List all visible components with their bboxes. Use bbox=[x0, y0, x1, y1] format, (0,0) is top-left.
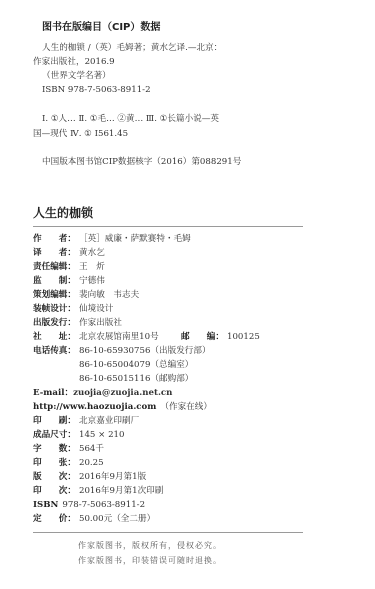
cip-library-record: 中国版本图书馆CIP数据核字（2016）第088291号 bbox=[42, 156, 241, 169]
postcode-value: 100125 bbox=[227, 331, 260, 344]
cip-line-publisher: 作家出版社，2016.9 bbox=[33, 56, 115, 69]
book-title: 人生的枷锁 bbox=[33, 204, 93, 221]
detail-label: 定 价： bbox=[33, 513, 79, 526]
detail-value: 145 × 210 bbox=[79, 429, 124, 442]
detail-row-author: 作 者：［英］威廉・萨默赛特・毛姆 bbox=[33, 233, 191, 246]
detail-value: 978-7-5063-8911-2 bbox=[62, 499, 145, 512]
detail-value: 86-10-65930756（出版发行部） bbox=[79, 345, 211, 358]
detail-value: 北京嘉业印刷厂 bbox=[79, 415, 139, 428]
postcode-label: 邮 编： bbox=[181, 331, 227, 344]
detail-row-planning-editor: 策划编辑：裴向敏 韦志夫 bbox=[33, 289, 139, 302]
detail-row-isbn: ISBN978-7-5063-8911-2 bbox=[33, 499, 145, 512]
detail-label: 字 数： bbox=[33, 443, 79, 456]
detail-row-translator: 译 者：黄水乞 bbox=[33, 247, 105, 260]
detail-value: ［英］威廉・萨默赛特・毛姆 bbox=[79, 233, 191, 246]
detail-row-printing: 印 次：2016年9月第1次印刷 bbox=[33, 485, 163, 498]
detail-row-supervisor: 监 制：宁德伟 bbox=[33, 275, 105, 288]
detail-value: 20.25 bbox=[79, 457, 104, 470]
detail-row-phone: 电话传真：86-10-65930756（出版发行部） bbox=[33, 345, 211, 358]
detail-value: 2016年9月第1次印刷 bbox=[79, 485, 163, 498]
detail-label: 监 制： bbox=[33, 275, 79, 288]
detail-label: ISBN bbox=[33, 499, 58, 512]
cip-heading: 图书在版编目（CIP）数据 bbox=[42, 18, 160, 33]
copyright-notice: 作家版图书，版权所有，侵权必究。 bbox=[78, 540, 222, 551]
detail-label: 译 者： bbox=[33, 247, 79, 260]
detail-row-phone-3: 86-10-65015116（邮购部） bbox=[33, 373, 193, 386]
detail-label: E-mail： bbox=[33, 387, 73, 400]
detail-value: 86-10-65004079（总编室） bbox=[79, 359, 193, 372]
detail-row-address: 社 址：北京农展馆南里10号邮 编：100125 bbox=[33, 331, 260, 344]
cip-line-isbn: ISBN 978-7-5063-8911-2 bbox=[42, 84, 151, 97]
website-link[interactable]: http://www.haozuojia.com bbox=[33, 401, 156, 414]
detail-value: （作家在线） bbox=[160, 401, 212, 414]
detail-value: 作家出版社 bbox=[79, 317, 122, 330]
detail-value: 2016年9月第1版 bbox=[79, 471, 146, 484]
cip-line-series: （世界文学名著） bbox=[42, 70, 111, 83]
detail-value: 王 炘 bbox=[79, 261, 105, 274]
detail-label: 装帧设计： bbox=[33, 303, 79, 316]
notice-divider bbox=[33, 532, 303, 533]
detail-label: 出版发行： bbox=[33, 317, 79, 330]
detail-label: 印 张： bbox=[33, 457, 79, 470]
detail-value: 北京农展馆南里10号 bbox=[79, 331, 181, 344]
detail-label: 责任编辑： bbox=[33, 261, 79, 274]
detail-label: 策划编辑： bbox=[33, 289, 79, 302]
detail-label: 成品尺寸： bbox=[33, 429, 79, 442]
detail-value: 仙境设计 bbox=[79, 303, 113, 316]
detail-row-printer: 印 刷：北京嘉业印刷厂 bbox=[33, 415, 139, 428]
title-divider bbox=[33, 226, 303, 227]
detail-label: 印 刷： bbox=[33, 415, 79, 428]
detail-label: 印 次： bbox=[33, 485, 79, 498]
detail-row-publisher: 出版发行：作家出版社 bbox=[33, 317, 122, 330]
detail-row-website: http://www.haozuojia.com（作家在线） bbox=[33, 401, 212, 414]
detail-value: 50.00元（全二册） bbox=[79, 513, 155, 526]
detail-row-word-count: 字 数：564千 bbox=[33, 443, 104, 456]
detail-value: 黄水乞 bbox=[79, 247, 105, 260]
detail-row-design: 装帧设计：仙境设计 bbox=[33, 303, 113, 316]
detail-label: 电话传真： bbox=[33, 345, 79, 358]
cip-classification-line-2: 国—现代 Ⅳ. ① I561.45 bbox=[33, 128, 128, 141]
cip-classification-line-1: Ⅰ. ①人… Ⅱ. ①毛… ②黄… Ⅲ. ①长篇小说—英 bbox=[42, 113, 219, 126]
detail-row-phone-2: 86-10-65004079（总编室） bbox=[33, 359, 193, 372]
detail-label: 社 址： bbox=[33, 331, 79, 344]
exchange-notice: 作家版图书，印装错误可随时退换。 bbox=[78, 555, 222, 566]
detail-row-sheets: 印 张：20.25 bbox=[33, 457, 104, 470]
detail-value: 564千 bbox=[79, 443, 104, 456]
detail-value: 裴向敏 韦志夫 bbox=[79, 289, 139, 302]
detail-label: 版 次： bbox=[33, 471, 79, 484]
detail-row-price: 定 价：50.00元（全二册） bbox=[33, 513, 155, 526]
email-link[interactable]: zuojia@zuojia.net.cn bbox=[73, 387, 172, 400]
detail-row-editor: 责任编辑：王 炘 bbox=[33, 261, 105, 274]
detail-label: 作 者： bbox=[33, 233, 79, 246]
detail-row-edition: 版 次：2016年9月第1版 bbox=[33, 471, 146, 484]
detail-value: 宁德伟 bbox=[79, 275, 105, 288]
cip-line-title: 人生的枷锁 /（英）毛姆著；黄水乞译.—北京： bbox=[42, 42, 222, 55]
detail-row-email: E-mail：zuojia@zuojia.net.cn bbox=[33, 387, 172, 400]
detail-row-size: 成品尺寸：145 × 210 bbox=[33, 429, 124, 442]
detail-value: 86-10-65015116（邮购部） bbox=[79, 373, 193, 386]
